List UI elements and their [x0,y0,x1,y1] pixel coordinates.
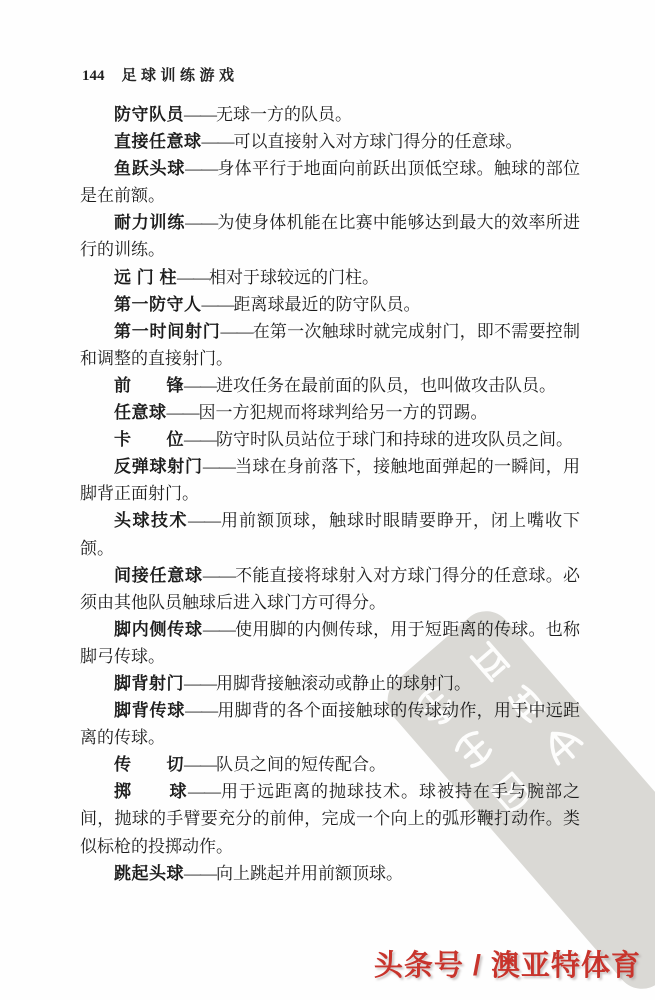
glossary-term: 传 切 [114,755,184,774]
glossary-definition: 可以直接射入对方球门得分的任意球。 [234,132,523,151]
glossary-definition: 进攻任务在最前面的队员，也叫做攻击队员。 [216,376,556,395]
glossary-term: 任意球 [114,403,167,422]
glossary-term: 掷 球 [114,782,188,801]
glossary-term: 头球技术 [114,511,188,530]
glossary-entry: 反弹球射门——当球在身前落下，接触地面弹起的一瞬间，用脚背正面射门。 [80,453,580,507]
glossary-entry: 脚内侧传球——使用脚的内侧传球，用于短距离的传球。也称脚弓传球。 [80,616,580,670]
glossary-definition: 向上跳起并用前额顶球。 [216,864,403,883]
em-dash: —— [185,213,217,232]
em-dash: —— [220,322,252,341]
glossary-term: 卡 位 [114,430,184,449]
glossary-term: 第一防守人 [114,295,202,314]
glossary-entry: 防守队员——无球一方的队员。 [80,101,580,128]
glossary-term: 跳起头球 [114,864,184,883]
page-header: 144 足球训练游戏 [82,64,239,85]
glossary-definition: 无球一方的队员。 [216,105,352,124]
footer-credit: 头条号 / 澳亚特体育 [374,943,641,984]
glossary-definition: 因一方犯规而将球判给另一方的罚踢。 [199,403,488,422]
em-dash: —— [202,295,234,314]
glossary-entry: 卡 位——防守时队员站位于球门和持球的进攻队员之间。 [80,426,580,453]
em-dash: —— [203,566,235,585]
em-dash: —— [188,511,220,530]
glossary-term: 脚内侧传球 [114,620,203,639]
glossary-entry: 脚背射门——用脚背接触滚动或静止的球射门。 [80,670,580,697]
book-page: 144 足球训练游戏 [0,0,655,1000]
em-dash: —— [203,620,235,639]
em-dash: —— [167,403,199,422]
em-dash: —— [184,674,216,693]
em-dash: —— [184,864,216,883]
em-dash: —— [185,701,217,720]
page-number: 144 [82,68,105,85]
glossary-term: 前 锋 [114,376,184,395]
em-dash: —— [184,755,216,774]
glossary-entry: 前 锋——进攻任务在最前面的队员，也叫做攻击队员。 [80,372,580,399]
em-dash: —— [202,132,234,151]
glossary-definition: 队员之间的短传配合。 [216,755,386,774]
glossary-term: 第一时间射门 [114,322,220,341]
glossary-term: 间接任意球 [114,566,203,585]
glossary-term: 脚背射门 [114,674,184,693]
glossary-term: 鱼跃头球 [114,159,185,178]
glossary-list: 防守队员——无球一方的队员。直接任意球——可以直接射入对方球门得分的任意球。鱼跃… [80,101,580,887]
glossary-entry: 远 门 柱——相对于球较远的门柱。 [80,264,580,291]
glossary-definition: 用脚背接触滚动或静止的球射门。 [216,674,471,693]
glossary-entry: 任意球——因一方犯规而将球判给另一方的罚踢。 [80,399,580,426]
glossary-term: 耐力训练 [114,213,185,232]
glossary-entry: 传 切——队员之间的短传配合。 [80,751,580,778]
em-dash: —— [184,105,216,124]
glossary-entry: 直接任意球——可以直接射入对方球门得分的任意球。 [80,128,580,155]
glossary-entry: 脚背传球——用脚背的各个面接触球的传球动作，用于中远距离的传球。 [80,697,580,751]
glossary-term: 直接任意球 [114,132,202,151]
glossary-definition: 相对于球较远的门柱。 [209,268,379,287]
footer-credit-text: 头条号 / 澳亚特体育 [374,950,641,982]
glossary-term: 防守队员 [114,105,184,124]
em-dash: —— [184,376,216,395]
glossary-entry: 间接任意球——不能直接将球射入对方球门得分的任意球。必须由其他队员触球后进入球门… [80,562,580,616]
glossary-entry: 鱼跃头球——身体平行于地面向前跃出顶低空球。触球的部位是在前额。 [80,155,580,209]
glossary-term: 脚背传球 [114,701,185,720]
em-dash: —— [203,457,235,476]
glossary-term: 远 门 柱 [114,268,177,287]
glossary-entry: 跳起头球——向上跳起并用前额顶球。 [80,860,580,887]
glossary-entry: 掷 球——用于远距离的抛球技术。球被持在手与腕部之间，抛球的手臂要充分的前伸，完… [80,778,580,859]
em-dash: —— [188,782,220,801]
glossary-entry: 耐力训练——为使身体机能在比赛中能够达到最大的效率所进行的训练。 [80,209,580,263]
glossary-entry: 头球技术——用前额顶球，触球时眼睛要睁开，闭上嘴收下颌。 [80,507,580,561]
glossary-entry: 第一防守人——距离球最近的防守队员。 [80,291,580,318]
em-dash: —— [185,159,217,178]
glossary-definition: 距离球最近的防守队员。 [234,295,421,314]
glossary-entry: 第一时间射门——在第一次触球时就完成射门，即不需要控制和调整的直接射门。 [80,318,580,372]
glossary-term: 反弹球射门 [114,457,203,476]
book-title: 足球训练游戏 [122,64,239,85]
em-dash: —— [177,268,209,287]
glossary-definition: 防守时队员站位于球门和持球的进攻队员之间。 [216,430,573,449]
em-dash: —— [184,430,216,449]
